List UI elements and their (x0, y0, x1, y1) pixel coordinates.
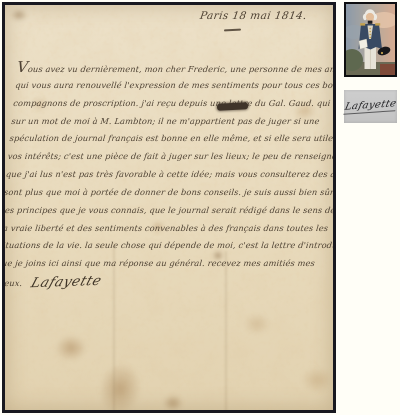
letter-body: Vous avez vu dernièrement, mon cher Fred… (2, 59, 330, 292)
stain (301, 367, 333, 393)
letter-line: que je joins ici ainsi que ma réponse au… (2, 255, 309, 273)
letter-line: situations de la vie. la seule chose qui… (2, 237, 311, 255)
letter-line: spéculation de journal français est bonn… (9, 130, 323, 148)
lafayette-portrait-thumbnail[interactable] (344, 2, 397, 77)
letter-scan[interactable]: Paris 18 mai 1814. Vous avez vu dernière… (2, 2, 336, 413)
stain (243, 313, 271, 335)
stain (163, 395, 183, 411)
letter-signature: Lafayette (28, 273, 104, 293)
stain (55, 335, 87, 361)
signature-card-text: Lafayette (344, 99, 398, 114)
letter-line: les principes que je vous connais, que l… (2, 202, 315, 220)
letter-line: sur un mot de moi à M. Lambton; il ne m'… (10, 113, 324, 131)
letter-date: Paris 18 mai 1814. (199, 10, 308, 22)
stain (11, 9, 27, 21)
letter-line: la vraie liberté et des sentiments conve… (2, 220, 313, 238)
lafayette-signature-thumbnail[interactable]: Lafayette (344, 90, 397, 123)
portrait-image (346, 4, 395, 75)
letter-line: sont plus que moi à portée de donner de … (3, 184, 317, 202)
stain (95, 360, 145, 413)
date-underline (224, 29, 241, 32)
letter-line: que j'ai lus n'est pas très favorable à … (5, 166, 319, 184)
letter-closing-line: voeux. Lafayette (2, 274, 307, 292)
letter-line: Vous avez vu dernièrement, mon cher Fred… (16, 59, 330, 77)
letter-line: vos intérêts; c'est une pièce de fait à … (7, 148, 321, 166)
letter-line: qui vous aura renouvellé l'expression de… (14, 77, 328, 95)
letter-line: compagnons de proscription. j'ai reçu de… (12, 95, 326, 113)
letter-closing: voeux. (2, 278, 23, 288)
